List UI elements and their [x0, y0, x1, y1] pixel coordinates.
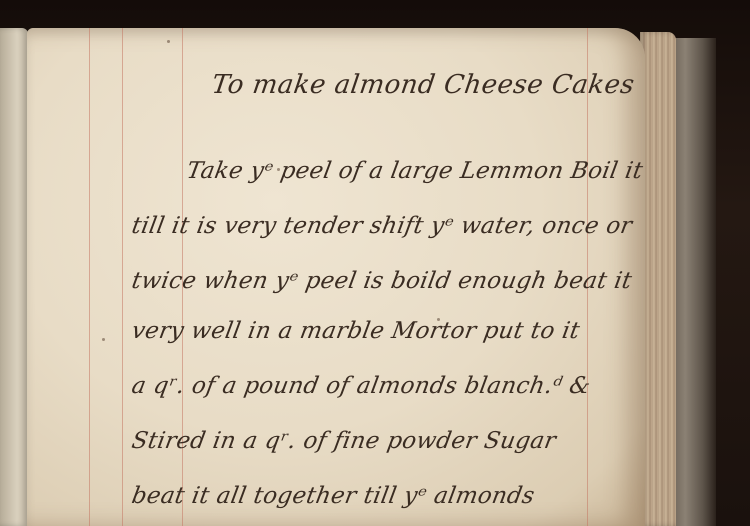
- text-line: very well in a marble Mortor put to it: [130, 318, 582, 344]
- handwritten-text: To make almond Cheese Cakes Take yᵉ peel…: [27, 28, 645, 526]
- book-photo: To make almond Cheese Cakes Take yᵉ peel…: [0, 0, 750, 526]
- page-stack-edges: [640, 32, 676, 526]
- text-line: till it is very tender shift yᵉ water, o…: [130, 213, 635, 239]
- text-line: Stired in a qʳ. of fine powder Sugar: [130, 428, 558, 454]
- text-line: twice when yᵉ peel is boild enough beat …: [130, 268, 634, 294]
- text-line: Take yᵉ peel of a large Lemmon Boil it: [185, 158, 645, 184]
- left-page-edge: [0, 28, 28, 526]
- recipe-title: To make almond Cheese Cakes: [210, 70, 637, 100]
- book-cover-edge: [672, 38, 716, 526]
- text-line: beat it all together till yᵉ almonds: [130, 483, 537, 509]
- manuscript-page: To make almond Cheese Cakes Take yᵉ peel…: [27, 28, 645, 526]
- text-line: a qʳ. of a pound of almonds blanch.ᵈ &: [130, 373, 593, 399]
